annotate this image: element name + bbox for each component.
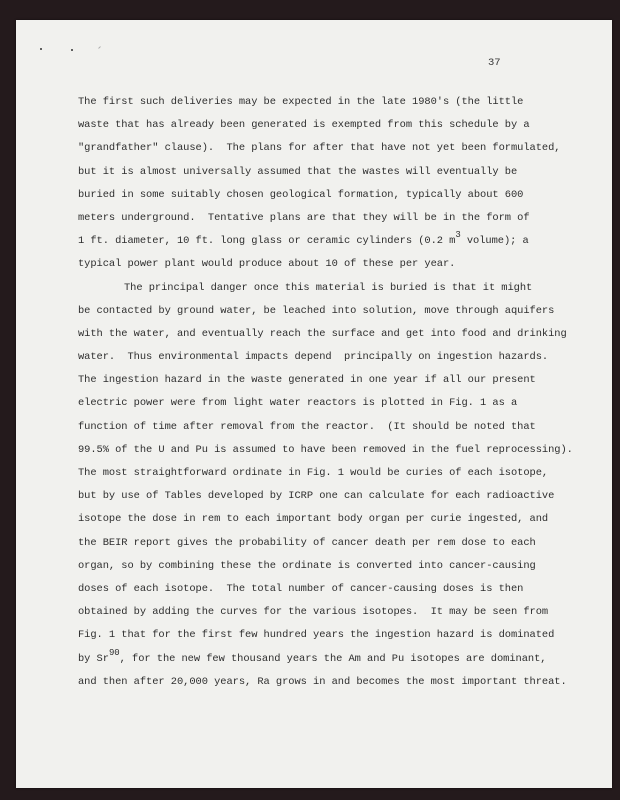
text-line: isotope the dose in rem to each importan… xyxy=(78,508,598,531)
pencil-mark xyxy=(98,46,101,49)
text-line: but by use of Tables developed by ICRP o… xyxy=(78,485,598,508)
text-line: The first such deliveries may be expecte… xyxy=(78,91,598,114)
text-line: meters underground. Tentative plans are … xyxy=(78,207,598,230)
text-line: doses of each isotope. The total number … xyxy=(78,578,598,601)
text-line: "grandfather" clause). The plans for aft… xyxy=(78,137,598,160)
text-line: organ, so by combining these the ordinat… xyxy=(78,555,598,578)
text-line: be contacted by ground water, be leached… xyxy=(78,300,598,323)
text-line: electric power were from light water rea… xyxy=(78,392,598,415)
text-fragment: volume); a xyxy=(461,235,529,247)
text-line: with the water, and eventually reach the… xyxy=(78,323,598,346)
text-line: buried in some suitably chosen geologica… xyxy=(78,184,598,207)
text-fragment: 1 ft. diameter, 10 ft. long glass or cer… xyxy=(78,235,455,247)
body-text: The first such deliveries may be expecte… xyxy=(78,91,598,694)
text-line: but it is almost universally assumed tha… xyxy=(78,161,598,184)
superscript: 90 xyxy=(109,648,120,658)
text-fragment: , for the new few thousand years the Am … xyxy=(120,653,547,665)
text-line: 1 ft. diameter, 10 ft. long glass or cer… xyxy=(78,230,598,253)
punch-mark xyxy=(71,49,73,51)
text-line: Fig. 1 that for the first few hundred ye… xyxy=(78,624,598,647)
text-fragment: by Sr xyxy=(78,653,109,665)
text-line: function of time after removal from the … xyxy=(78,416,598,439)
text-line: water. Thus environmental impacts depend… xyxy=(78,346,598,369)
document-page: 37 The first such deliveries may be expe… xyxy=(16,20,612,788)
punch-mark xyxy=(40,48,42,50)
text-line: 99.5% of the U and Pu is assumed to have… xyxy=(78,439,598,462)
text-line: typical power plant would produce about … xyxy=(78,253,598,276)
paragraph-start-line: The principal danger once this material … xyxy=(78,277,598,300)
text-line: obtained by adding the curves for the va… xyxy=(78,601,598,624)
text-line: waste that has already been generated is… xyxy=(78,114,598,137)
text-line: and then after 20,000 years, Ra grows in… xyxy=(78,671,598,694)
text-line: by Sr90, for the new few thousand years … xyxy=(78,648,598,671)
text-line: The most straightforward ordinate in Fig… xyxy=(78,462,598,485)
page-number: 37 xyxy=(488,57,501,69)
text-line: the BEIR report gives the probability of… xyxy=(78,532,598,555)
text-line: The ingestion hazard in the waste genera… xyxy=(78,369,598,392)
